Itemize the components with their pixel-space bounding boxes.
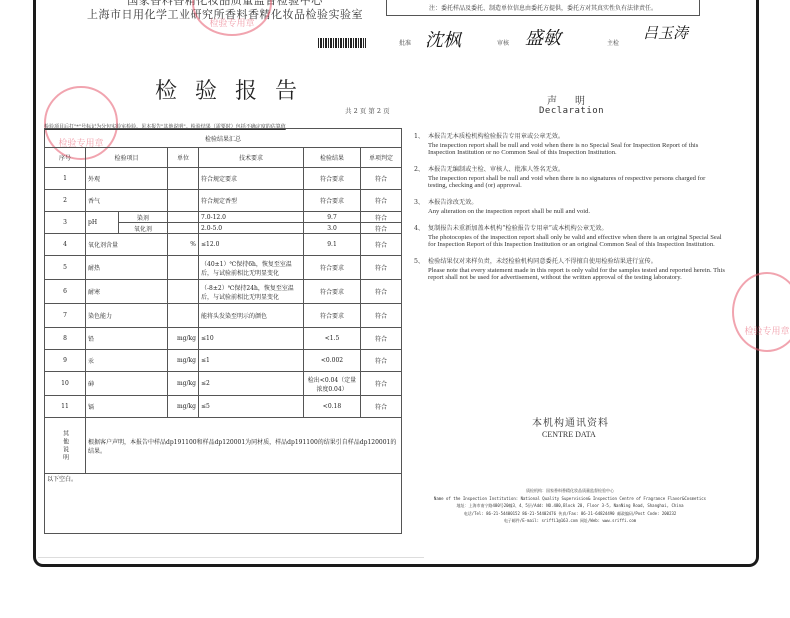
cell-unit — [168, 304, 199, 328]
cell-item: 染色能力 — [86, 304, 168, 328]
cell-no: 11 — [45, 396, 86, 418]
declaration-title-en: Declaration — [539, 106, 604, 116]
table-row: 6耐寒（-8±2）℃保持24h，恢复至室温后，与试验前相比无明显变化符合要求符合 — [45, 280, 402, 304]
inspect-label: 主检 — [607, 38, 619, 47]
col-header: 检验结果 — [304, 148, 361, 168]
cell-result: 符合要求 — [304, 256, 361, 280]
cell-item: 镉 — [86, 396, 168, 418]
item-en: The inspection report shall be null and … — [428, 142, 726, 156]
cell-verdict: 符合 — [361, 350, 402, 372]
cell-verdict: 符合 — [361, 280, 402, 304]
cell-item: 耐寒 — [86, 280, 168, 304]
table-row: 3pH染剂7.0-12.09.7符合 — [45, 212, 402, 223]
cell-item: 氧化剂含量 — [86, 234, 168, 256]
cell-verdict: 符合 — [361, 256, 402, 280]
col-header: 检验项目 — [86, 148, 168, 168]
item-en: The inspection report shall be null and … — [428, 175, 726, 189]
approve-signature: 沈枫 — [425, 26, 461, 52]
cell-req: ≤10 — [199, 328, 304, 350]
review-label: 审核 — [497, 38, 509, 47]
cell-verdict: 符合 — [361, 190, 402, 212]
table-row: 1外观符合规定要求符合要求符合 — [45, 168, 402, 190]
previous-page-note-box: 注：委托样品及委托、制造单位信息由委托方提供，委托方对其真实性负有法律责任。 — [386, 0, 700, 16]
declaration-item: 5、检验结果仅对来样负责，未经检验机构同意委托人不得擅自使用检验结果进行宣传。P… — [414, 256, 726, 281]
cell-req: ≤5 — [199, 396, 304, 418]
cell-verdict: 符合 — [361, 328, 402, 350]
cell-verdict: 符合 — [361, 372, 402, 396]
cell-result: 符合要求 — [304, 304, 361, 328]
signature-row: 批准 沈枫 审核 盛敏 主检 吕玉涛 — [395, 28, 715, 58]
centre-title-cn: 本机构通讯资料 — [532, 414, 609, 429]
centre-info-line: 地址：上海市南宁路480号20幢3、4、5层/Add: NO.480,Block… — [425, 502, 715, 510]
cell-item: 铅 — [86, 328, 168, 350]
item-number: 1、 — [414, 131, 428, 140]
cell-result: <1.5 — [304, 328, 361, 350]
blank-below-text: 以下空白。 — [45, 474, 402, 534]
inspect-signature: 吕玉涛 — [643, 22, 688, 43]
cell-no: 1 — [45, 168, 86, 190]
item-cn: 检验结果仅对来样负责，未经检验机构同意委托人不得擅自使用检验结果进行宣传。 — [428, 256, 657, 265]
cell-result: <0.18 — [304, 396, 361, 418]
centre-contact-info: 质检机构：国家香料香精化妆品质量监督检验中心Name of the Inspec… — [425, 487, 715, 525]
barcode — [318, 38, 366, 48]
cell-unit — [168, 168, 199, 190]
declaration-list: 1、本报告无本质检机构检验报告专用章或公章无效。The inspection r… — [414, 131, 726, 289]
item-cn: 本报告无本质检机构检验报告专用章或公章无效。 — [428, 131, 564, 140]
cell-req: 符合规定香型 — [199, 190, 304, 212]
review-signature: 盛敏 — [525, 24, 561, 50]
cell-req: 符合规定要求 — [199, 168, 304, 190]
cell-no: 8 — [45, 328, 86, 350]
cell-item: 外观 — [86, 168, 168, 190]
item-en: Any alteration on the inspection report … — [428, 208, 726, 215]
cell-no: 9 — [45, 350, 86, 372]
other-notes-text: 根据客户声明，本报告中样品dp191100和样品dp120001为同材质，样品d… — [86, 418, 402, 474]
item-cn: 复制报告未重新加盖本机构“检验报告专用章”或本机构公章无效。 — [428, 223, 608, 232]
cell-verdict: 符合 — [361, 234, 402, 256]
declaration-item: 4、复制报告未重新加盖本机构“检验报告专用章”或本机构公章无效。The phot… — [414, 223, 726, 248]
cell-verdict: 符合 — [361, 304, 402, 328]
table-row: 4氧化剂含量%≤12.09.1符合 — [45, 234, 402, 256]
cell-item: pH — [86, 212, 119, 234]
table-row: 7染色能力能将头发染至明示的颜色符合要求符合 — [45, 304, 402, 328]
cell-no: 3 — [45, 212, 86, 234]
cell-result: 9.1 — [304, 234, 361, 256]
cell-no: 2 — [45, 190, 86, 212]
centre-info-line: 质检机构：国家香料香精化妆品质量监督检验中心 — [425, 487, 715, 495]
declaration-item: 2、本报告无编制或主检、审核人、批准人签名无效。The inspection r… — [414, 164, 726, 189]
cell-no: 4 — [45, 234, 86, 256]
item-number: 5、 — [414, 256, 428, 265]
item-number: 4、 — [414, 223, 428, 232]
cell-req: （40±1）℃保持6h，恢复至室温后，与试验前相比无明显变化 — [199, 256, 304, 280]
item-en: The photocopies of the inspection report… — [428, 234, 726, 248]
table-row: 10砷mg/kg≤2检出<0.04（定量浓度0.04）符合 — [45, 372, 402, 396]
item-number: 3、 — [414, 197, 428, 206]
cell-result: 符合要求 — [304, 168, 361, 190]
cell-req: 能将头发染至明示的颜色 — [199, 304, 304, 328]
cell-result: 符合要求 — [304, 280, 361, 304]
table-row: 8铅mg/kg≤10<1.5符合 — [45, 328, 402, 350]
cell-req: ≤1 — [199, 350, 304, 372]
centre-info-line: 电子邮件/E-mail: sriffi1@163.com 网址/Web: www… — [425, 517, 715, 525]
cell-verdict: 符合 — [361, 223, 402, 234]
cell-unit: mg/kg — [168, 328, 199, 350]
cell-item: 汞 — [86, 350, 168, 372]
other-notes-label: 其他说明 — [45, 418, 86, 474]
centre-info-line: Name of the Inspection Institution: Nati… — [425, 495, 715, 503]
cell-sub: 氧化剂 — [118, 223, 167, 234]
cell-no: 6 — [45, 280, 86, 304]
col-header: 技术要求 — [199, 148, 304, 168]
approve-label: 批准 — [399, 38, 411, 47]
cell-unit — [168, 256, 199, 280]
table-row: 2香气符合规定香型符合要求符合 — [45, 190, 402, 212]
centre-title-en: CENTRE DATA — [542, 430, 596, 439]
cell-item: 砷 — [86, 372, 168, 396]
cell-req: 7.0-12.0 — [199, 212, 304, 223]
cell-result: <0.002 — [304, 350, 361, 372]
page-bottom-divider — [38, 557, 424, 558]
table-title: 检验结果汇总 — [45, 129, 402, 148]
table-row: 9汞mg/kg≤1<0.002符合 — [45, 350, 402, 372]
table-row: 11镉mg/kg≤5<0.18符合 — [45, 396, 402, 418]
cell-unit: mg/kg — [168, 396, 199, 418]
cell-req: ≤12.0 — [199, 234, 304, 256]
col-header: 单项判定 — [361, 148, 402, 168]
page-indicator: 共 2 页 第 2 页 — [345, 106, 390, 115]
declaration-item: 1、本报告无本质检机构检验报告专用章或公章无效。The inspection r… — [414, 131, 726, 156]
cell-no: 7 — [45, 304, 86, 328]
cell-req: 2.0-5.0 — [199, 223, 304, 234]
cell-no: 10 — [45, 372, 86, 396]
item-cn: 本报告无编制或主检、审核人、批准人签名无效。 — [428, 164, 564, 173]
cell-verdict: 符合 — [361, 396, 402, 418]
cell-unit: mg/kg — [168, 350, 199, 372]
results-table: 检验结果汇总 序号 检验项目 单位 技术要求 检验结果 单项判定 1外观符合规定… — [44, 128, 402, 534]
cell-unit: % — [168, 234, 199, 256]
cell-item: 香气 — [86, 190, 168, 212]
previous-page-note: 注：委托样品及委托、制造单位信息由委托方提供，委托方对其真实性负有法律责任。 — [387, 0, 699, 12]
cell-no: 5 — [45, 256, 86, 280]
cell-item: 耐热 — [86, 256, 168, 280]
item-number: 2、 — [414, 164, 428, 173]
cell-result: 9.7 — [304, 212, 361, 223]
report-title: 检验报告 — [155, 74, 315, 105]
cell-verdict: 符合 — [361, 168, 402, 190]
declaration-item: 3、本报告涂改无效。Any alteration on the inspecti… — [414, 197, 726, 215]
cell-result: 检出<0.04（定量浓度0.04） — [304, 372, 361, 396]
cell-result: 3.0 — [304, 223, 361, 234]
cell-sub: 染剂 — [118, 212, 167, 223]
item-en: Please note that every statement made in… — [428, 267, 726, 281]
cell-unit: mg/kg — [168, 372, 199, 396]
declaration-title-cn: 声明 — [547, 92, 603, 107]
cell-unit — [168, 190, 199, 212]
centre-info-line: 电话/Tel: 86-21-54400152 86-21-54402476 传真… — [425, 510, 715, 518]
cell-verdict: 符合 — [361, 212, 402, 223]
item-cn: 本报告涂改无效。 — [428, 197, 478, 206]
cell-unit — [168, 212, 199, 223]
table-row: 5耐热（40±1）℃保持6h，恢复至室温后，与试验前相比无明显变化符合要求符合 — [45, 256, 402, 280]
cell-unit — [168, 223, 199, 234]
cell-unit — [168, 280, 199, 304]
col-header: 单位 — [168, 148, 199, 168]
cell-result: 符合要求 — [304, 190, 361, 212]
cell-req: ≤2 — [199, 372, 304, 396]
cell-req: （-8±2）℃保持24h，恢复至室温后，与试验前相比无明显变化 — [199, 280, 304, 304]
col-header: 序号 — [45, 148, 86, 168]
